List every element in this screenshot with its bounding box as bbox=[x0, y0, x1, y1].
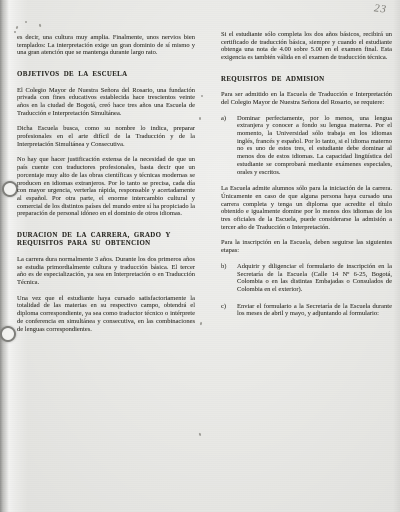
paragraph-una-vez: Una vez que el estudiante haya cursado s… bbox=[17, 295, 195, 334]
paragraph-admite-alumnos: La Escuela admite alumnos sólo para la i… bbox=[221, 185, 392, 231]
scan-speck bbox=[201, 95, 203, 97]
scan-speck bbox=[199, 433, 201, 436]
document-page: 23 es decir, una cultura muy amplia. Fin… bbox=[0, 0, 400, 512]
hole-punch-top bbox=[2, 181, 18, 197]
section-heading-duracion: DURACION DE LA CARRERA, GRADO Y REQUISIT… bbox=[17, 232, 195, 249]
hole-punch-bottom bbox=[0, 326, 16, 342]
paragraph-certificado: Si el estudiante sólo completa los dos a… bbox=[221, 31, 392, 62]
pencil-mark bbox=[25, 21, 27, 23]
paragraph-la-carrera: La carrera dura normalmente 3 años. Dura… bbox=[17, 256, 195, 287]
scan-speck bbox=[199, 117, 201, 120]
paragraph-cultura: es decir, una cultura muy amplia. Finalm… bbox=[17, 34, 195, 57]
list-item-c: c) Enviar el formulario a la Secretaría … bbox=[221, 303, 392, 318]
section-heading-requisitos: REQUISITOS DE ADMISION bbox=[221, 76, 392, 84]
section-heading-objetivos: OBJETIVOS DE LA ESCUELA bbox=[17, 71, 195, 79]
right-column: Si el estudiante sólo completa los dos a… bbox=[221, 31, 392, 327]
list-item-marker: b) bbox=[221, 263, 237, 294]
paragraph-colegio: El Colegio Mayor de Nuestra Señora del R… bbox=[17, 87, 195, 118]
paragraph-dicha-escuela: Dicha Escuela busca, como su nombre lo i… bbox=[17, 125, 195, 148]
scan-speck bbox=[200, 322, 202, 325]
handwritten-page-number: 23 bbox=[373, 2, 387, 15]
paragraph-para-ser-admitido: Para ser admitido en la Escuela de Tradu… bbox=[221, 91, 392, 106]
pencil-mark bbox=[16, 26, 19, 30]
list-item-text: Adquirir y diligenciar el formulario de … bbox=[237, 263, 392, 294]
paragraph-inscripcion: Para la inscripción en la Escuela, deben… bbox=[221, 239, 392, 254]
list-item-marker: c) bbox=[221, 303, 237, 318]
list-item-text: Enviar el formulario a la Secretaría de … bbox=[237, 303, 392, 318]
pencil-mark bbox=[39, 24, 41, 27]
left-column: es decir, una cultura muy amplia. Finalm… bbox=[17, 34, 195, 341]
list-item-a: a) Dominar perfectamente, por lo menos, … bbox=[221, 115, 392, 177]
pencil-mark bbox=[14, 31, 16, 33]
paragraph-no-hay: No hay que hacer justificación extensa d… bbox=[17, 156, 195, 218]
list-item-marker: a) bbox=[221, 115, 237, 177]
list-item-b: b) Adquirir y diligenciar el formulario … bbox=[221, 263, 392, 294]
list-item-text: Dominar perfectamente, por lo menos, una… bbox=[237, 115, 392, 177]
